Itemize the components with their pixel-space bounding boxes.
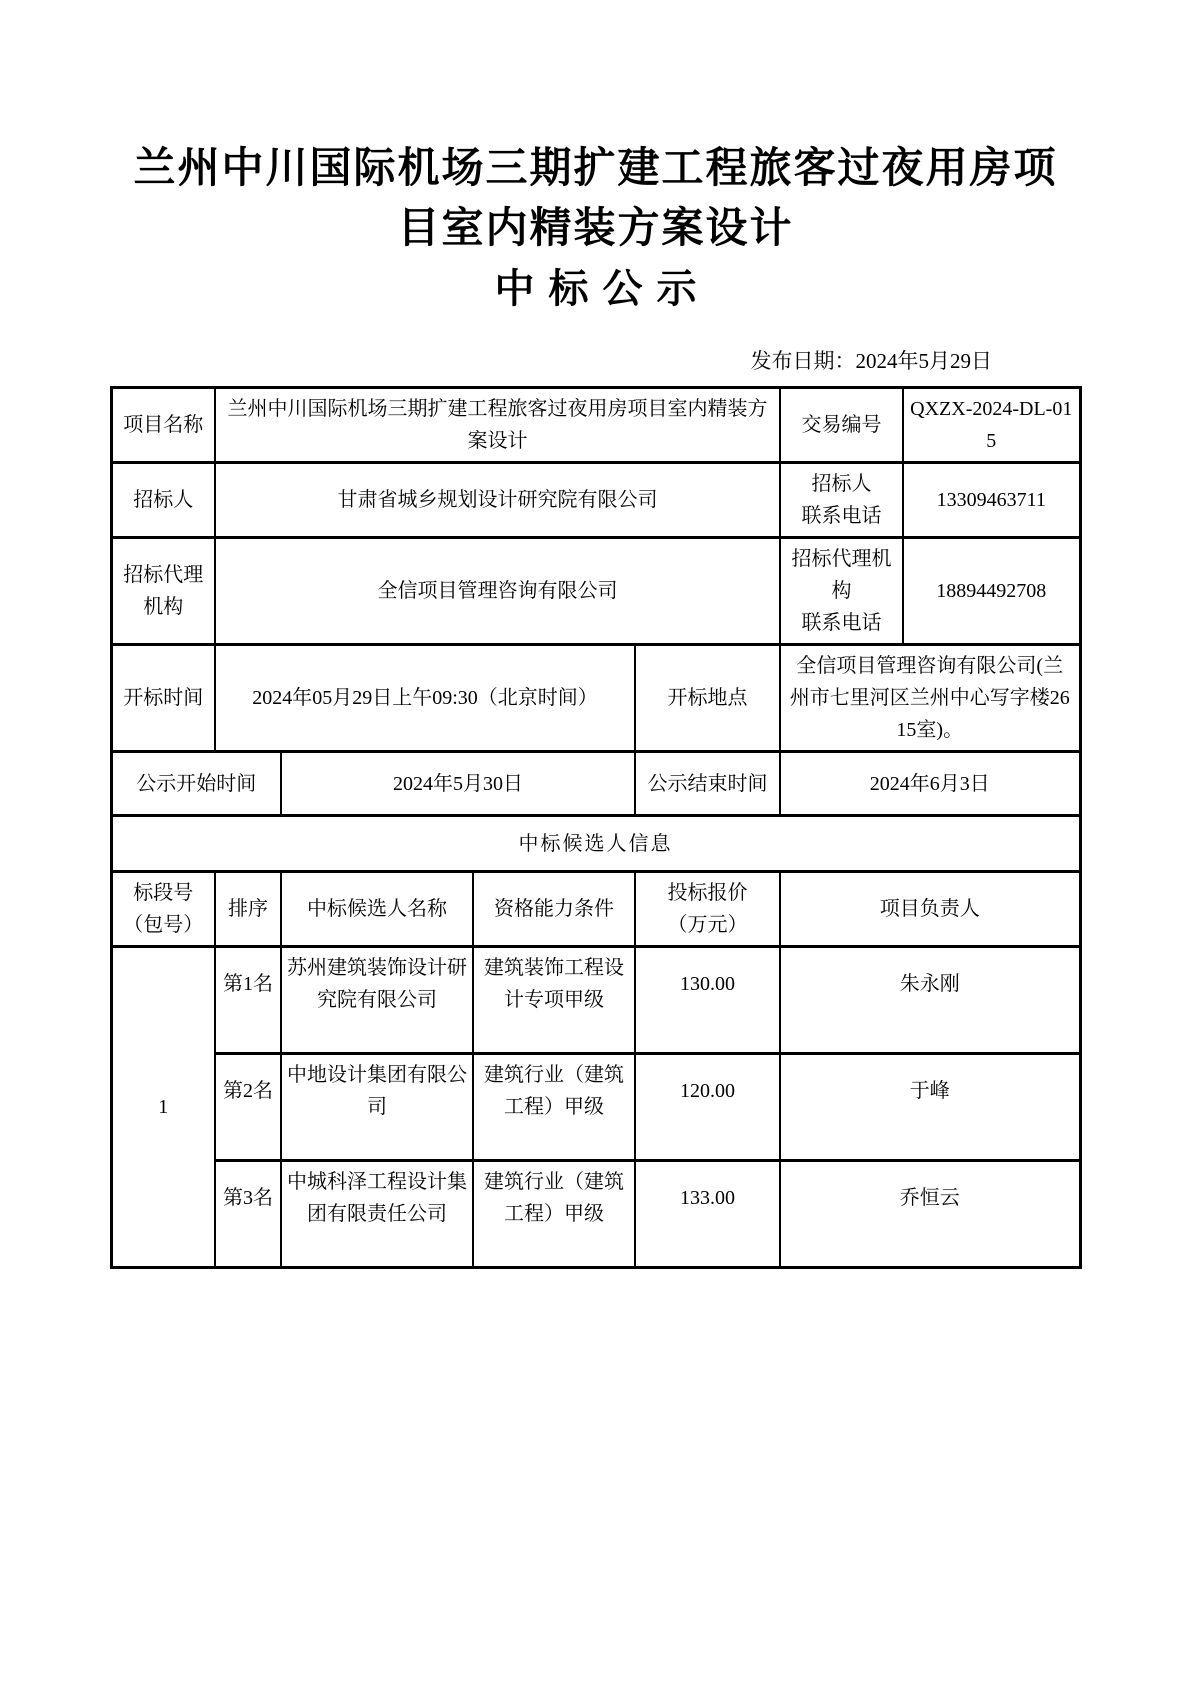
- tenderer-phone-label: 招标人 联系电话: [780, 463, 903, 538]
- header-bid-price: 投标报价 （万元）: [635, 872, 780, 947]
- header-candidate-name: 中标候选人名称: [281, 872, 473, 947]
- candidate-price: 133.00: [635, 1161, 780, 1268]
- candidate-manager: 于峰: [780, 1054, 1080, 1161]
- tenderer-label: 招标人: [111, 463, 215, 538]
- agency-label: 招标代理 机构: [111, 538, 215, 645]
- transaction-no-label: 交易编号: [780, 388, 903, 463]
- candidate-rank: 第2名: [215, 1054, 281, 1161]
- title-line-1: 兰州中川国际机场三期扩建工程旅客过夜用房项: [66, 138, 1126, 198]
- header-qualification: 资格能力条件: [473, 872, 635, 947]
- candidate-name: 苏州建筑装饰设计研究院有限公司: [281, 947, 473, 1054]
- tenderer-value: 甘肃省城乡规划设计研究院有限公司: [215, 463, 780, 538]
- row-tenderer: 招标人 甘肃省城乡规划设计研究院有限公司 招标人 联系电话 1330946371…: [111, 463, 1080, 538]
- agency-value: 全信项目管理咨询有限公司: [215, 538, 780, 645]
- header-rank: 排序: [215, 872, 281, 947]
- title-line-2: 目室内精装方案设计: [66, 198, 1126, 258]
- publicity-end-label: 公示结束时间: [635, 752, 780, 816]
- candidate-rank: 第3名: [215, 1161, 281, 1268]
- title-subtitle: 中标公示: [66, 260, 1126, 318]
- publicity-end-value: 2024年6月3日: [780, 752, 1080, 816]
- candidate-manager: 朱永刚: [780, 947, 1080, 1054]
- bid-open-time-value: 2024年05月29日上午09:30（北京时间）: [215, 645, 635, 752]
- candidate-price: 130.00: [635, 947, 780, 1054]
- publicity-start-value: 2024年5月30日: [281, 752, 635, 816]
- publicity-start-label: 公示开始时间: [111, 752, 281, 816]
- agency-phone-value: 18894492708: [903, 538, 1080, 645]
- candidate-qualification: 建筑装饰工程设计专项甲级: [473, 947, 635, 1054]
- row-project-name: 项目名称 兰州中川国际机场三期扩建工程旅客过夜用房项目室内精装方案设计 交易编号…: [111, 388, 1080, 463]
- announcement-page: 兰州中川国际机场三期扩建工程旅客过夜用房项 目室内精装方案设计 中标公示 发布日…: [0, 0, 1191, 1684]
- header-section-no: 标段号 （包号）: [111, 872, 215, 947]
- document-title: 兰州中川国际机场三期扩建工程旅客过夜用房项 目室内精装方案设计 中标公示: [66, 0, 1126, 318]
- candidate-row-2: 第2名 中地设计集团有限公司 建筑行业（建筑工程）甲级 120.00 于峰: [111, 1054, 1080, 1161]
- bid-open-place-value: 全信项目管理咨询有限公司(兰州市七里河区兰州中心写字楼2615室)。: [780, 645, 1080, 752]
- bid-open-place-label: 开标地点: [635, 645, 780, 752]
- candidate-rank: 第1名: [215, 947, 281, 1054]
- candidate-row-1: 1 第1名 苏州建筑装饰设计研究院有限公司 建筑装饰工程设计专项甲级 130.0…: [111, 947, 1080, 1054]
- tenderer-phone-value: 13309463711: [903, 463, 1080, 538]
- candidate-name: 中城科泽工程设计集团有限责任公司: [281, 1161, 473, 1268]
- project-name-value: 兰州中川国际机场三期扩建工程旅客过夜用房项目室内精装方案设计: [215, 388, 780, 463]
- transaction-no-value: QXZX-2024-DL-015: [903, 388, 1080, 463]
- publish-date-line: 发布日期：2024年5月29日: [111, 348, 1080, 374]
- candidate-price: 120.00: [635, 1054, 780, 1161]
- row-bid-opening: 开标时间 2024年05月29日上午09:30（北京时间） 开标地点 全信项目管…: [111, 645, 1080, 752]
- header-project-manager: 项目负责人: [780, 872, 1080, 947]
- row-candidates-section-title: 中标候选人信息: [111, 816, 1080, 872]
- row-agency: 招标代理 机构 全信项目管理咨询有限公司 招标代理机构 联系电话 1889449…: [111, 538, 1080, 645]
- candidate-section-no: 1: [111, 947, 215, 1268]
- candidate-qualification: 建筑行业（建筑工程）甲级: [473, 1161, 635, 1268]
- candidate-name: 中地设计集团有限公司: [281, 1054, 473, 1161]
- candidate-qualification: 建筑行业（建筑工程）甲级: [473, 1054, 635, 1161]
- announcement-table: 项目名称 兰州中川国际机场三期扩建工程旅客过夜用房项目室内精装方案设计 交易编号…: [110, 386, 1082, 1269]
- publish-date-value: 2024年5月29日: [856, 349, 993, 373]
- row-candidates-header: 标段号 （包号） 排序 中标候选人名称 资格能力条件 投标报价 （万元） 项目负…: [111, 872, 1080, 947]
- candidate-manager: 乔恒云: [780, 1161, 1080, 1268]
- agency-phone-label: 招标代理机构 联系电话: [780, 538, 903, 645]
- candidate-row-3: 第3名 中城科泽工程设计集团有限责任公司 建筑行业（建筑工程）甲级 133.00…: [111, 1161, 1080, 1268]
- row-publicity-period: 公示开始时间 2024年5月30日 公示结束时间 2024年6月3日: [111, 752, 1080, 816]
- bid-open-time-label: 开标时间: [111, 645, 215, 752]
- publish-date-label: 发布日期：: [751, 349, 856, 373]
- candidates-section-title: 中标候选人信息: [111, 816, 1080, 872]
- project-name-label: 项目名称: [111, 388, 215, 463]
